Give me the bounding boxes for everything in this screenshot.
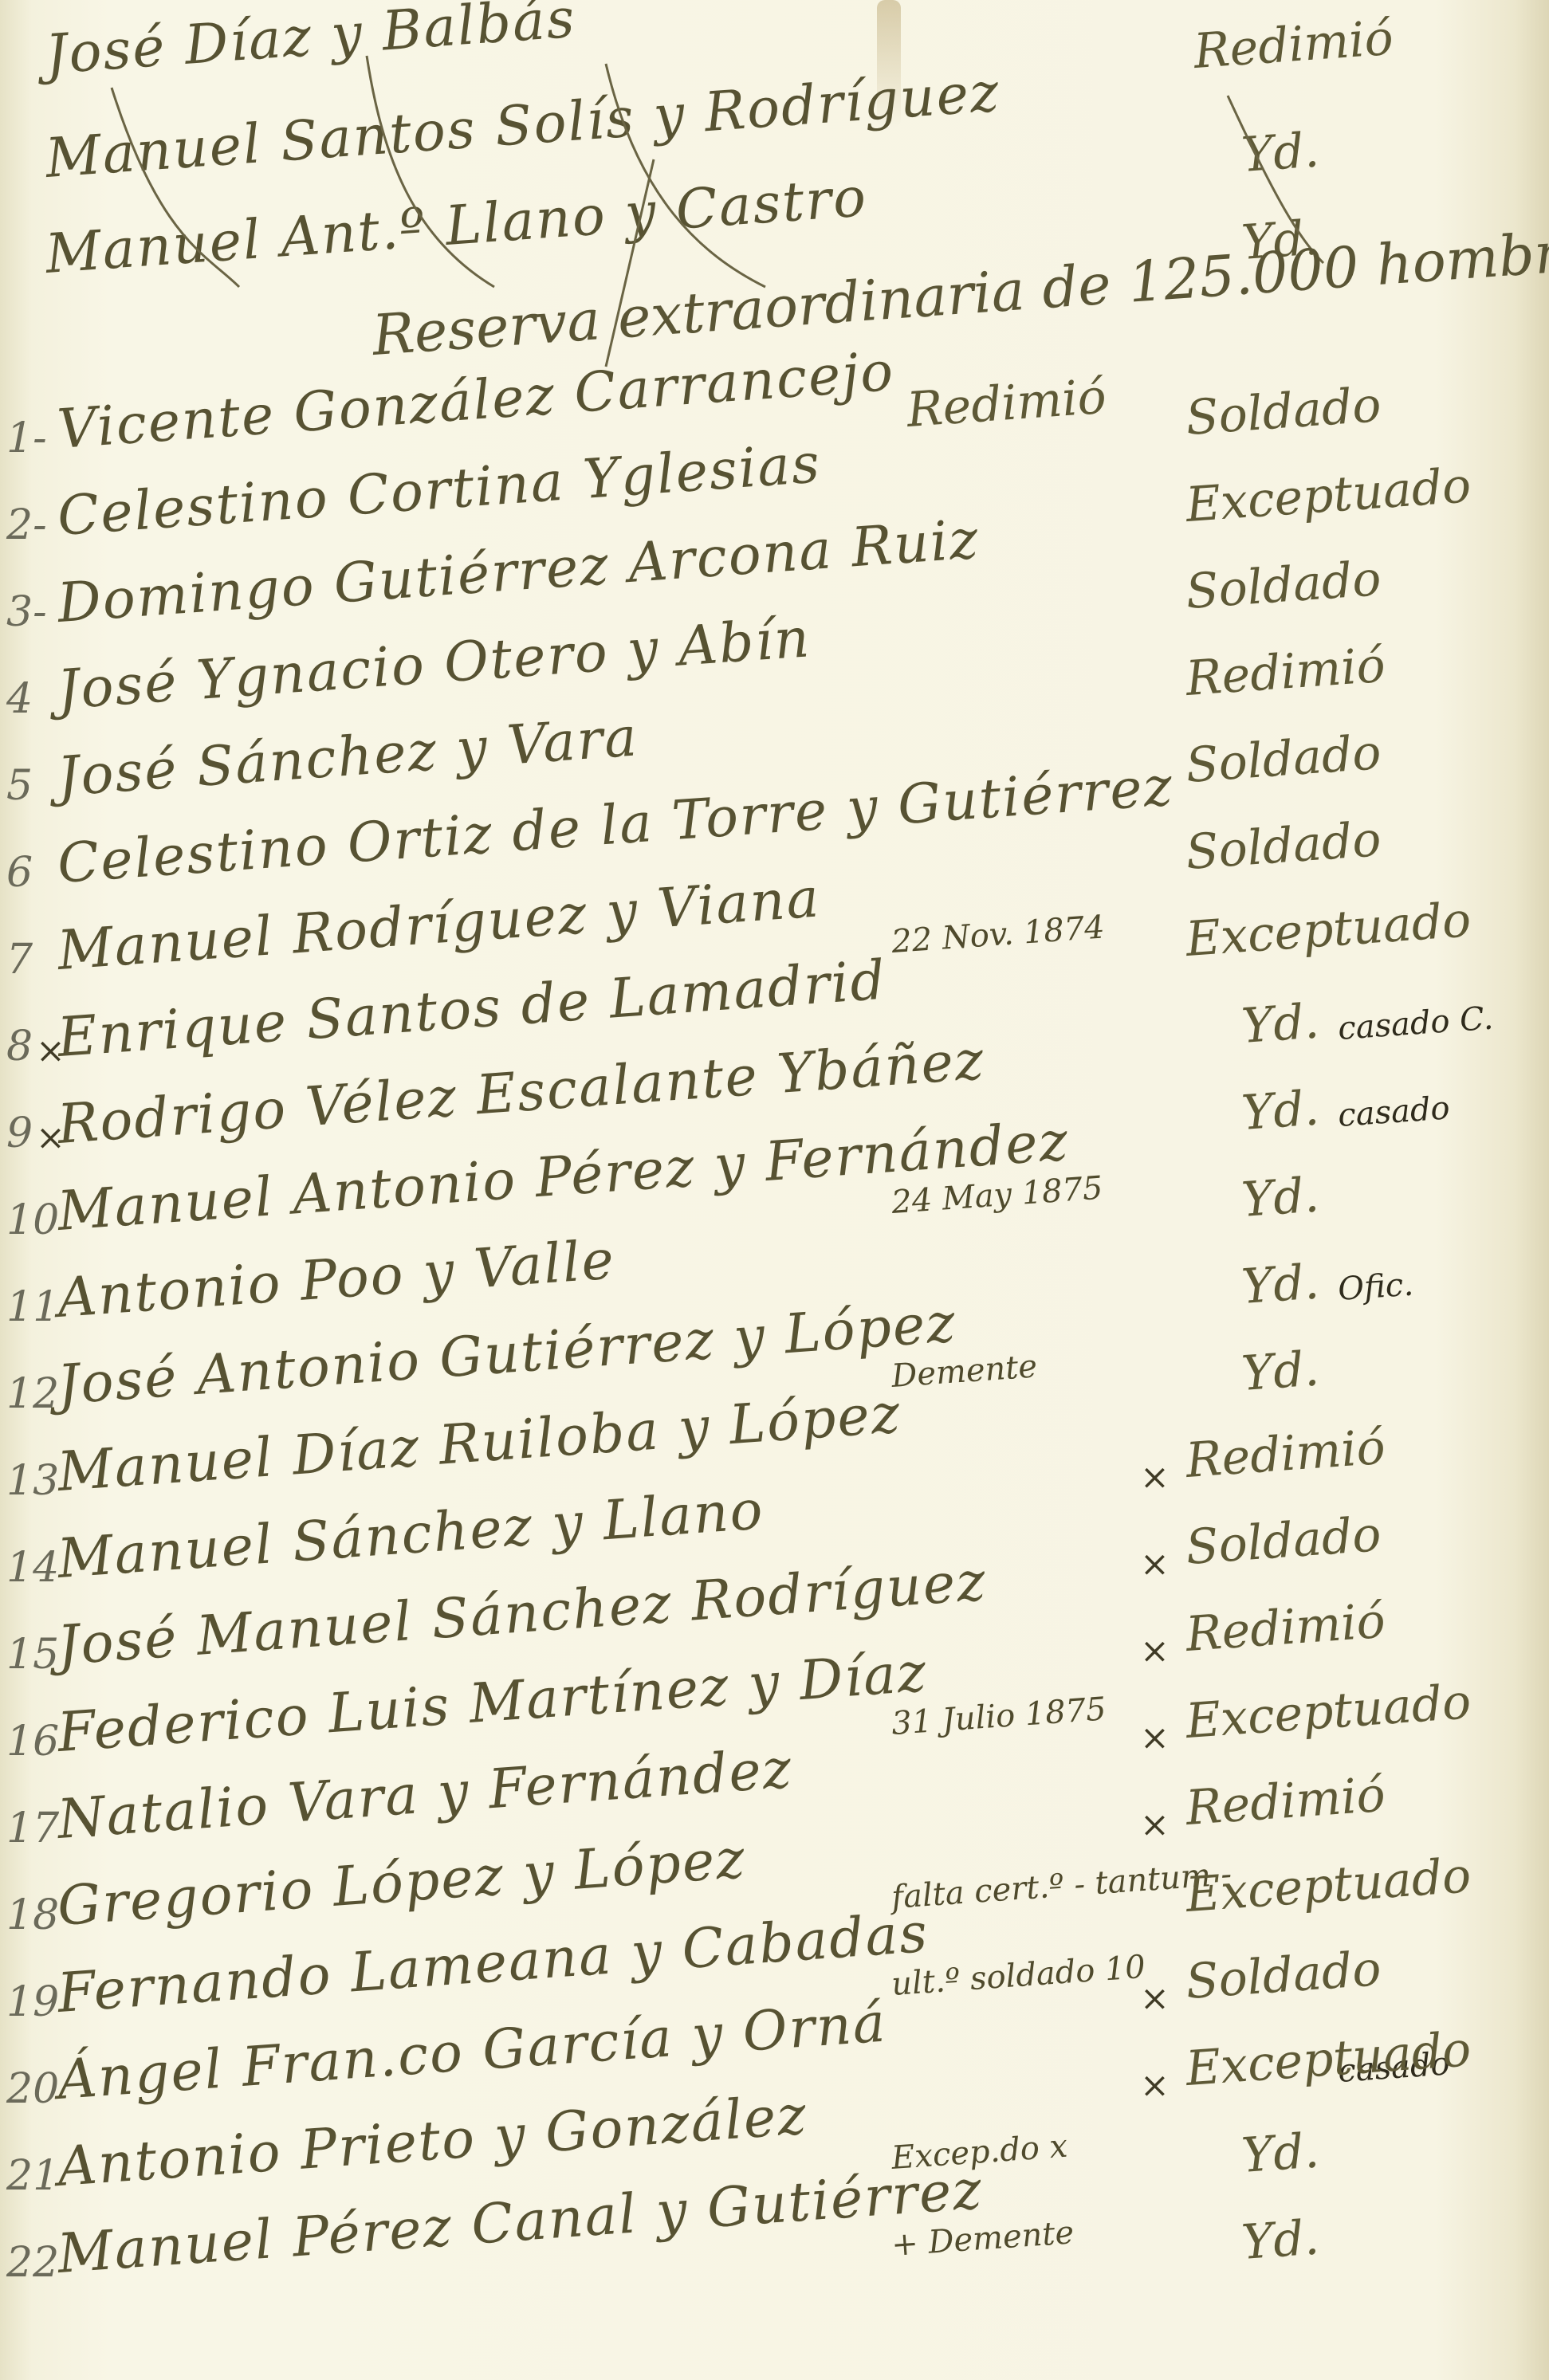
x-mark-icon: ×	[1140, 1978, 1170, 2019]
entry-number: 19	[6, 1978, 59, 2026]
entry-status: Yd.	[1240, 2123, 1321, 2184]
entry-status: Soldado	[1184, 1506, 1382, 1576]
entry-status: Soldado	[1184, 811, 1382, 881]
entry-status: Redimió	[1184, 1420, 1387, 1489]
entry-status: Exceptuado	[1184, 1674, 1472, 1750]
entry-number: 3-	[6, 588, 47, 636]
entry-status: Redimió	[1184, 638, 1387, 707]
entry-status: Redimió	[1184, 1767, 1387, 1836]
entry-annotation: casado C.	[1337, 1000, 1495, 1047]
entry-number: 6	[6, 849, 33, 897]
entry-status: Soldado	[1184, 551, 1382, 620]
entry-number: 7	[6, 936, 33, 984]
entry-number: 9	[6, 1109, 33, 1157]
entry-number: 11	[6, 1283, 59, 1331]
entry-status: Soldado	[1184, 377, 1382, 446]
entry-status: Yd.	[1240, 993, 1321, 1055]
document-page: José Díaz y Balbás Redimió Manuel Santos…	[0, 0, 1549, 2380]
x-mark-icon: ×	[1140, 1457, 1170, 1498]
entry-number: 22	[6, 2239, 59, 2287]
entry-status: Redimió	[1184, 1593, 1387, 1663]
entry-status: Exceptuado	[1184, 2021, 1472, 2097]
entry-number: 12	[6, 1370, 59, 1418]
entry-number: 4	[6, 675, 33, 723]
entry-number: 14	[6, 1544, 59, 1592]
entry-status: Exceptuado	[1184, 892, 1472, 968]
entry-number: 10	[6, 1196, 59, 1244]
entry-status: Yd.	[1240, 1341, 1321, 1402]
entry-annotation: Ofic.	[1337, 1267, 1415, 1308]
entry-status: Soldado	[1184, 725, 1382, 794]
entry-number: 21	[6, 2152, 59, 2200]
entry-number: 15	[6, 1631, 59, 1679]
entry-status: Yd.	[1240, 2209, 1321, 2271]
entry-status: Exceptuado	[1184, 458, 1472, 533]
x-mark-icon: ×	[1140, 1544, 1170, 1585]
entry-number: 18	[6, 1891, 59, 1939]
entry-name: José Sánchez y Vara	[55, 705, 640, 809]
entry-number: 16	[6, 1718, 59, 1765]
x-mark-icon: ×	[1140, 2065, 1170, 2106]
entry-mid-note: Redimió	[905, 369, 1108, 438]
entry-annotation: 22 Nov. 1874	[890, 909, 1106, 960]
entry-status: Yd.	[1240, 1080, 1321, 1141]
x-mark-icon: ×	[1140, 1805, 1170, 1845]
x-mark-icon: ×	[1140, 1631, 1170, 1671]
entry-status: Soldado	[1184, 1941, 1382, 2010]
entry-annotation: casado	[1337, 1090, 1451, 1134]
entry-number: 5	[6, 762, 33, 810]
entry-status: Yd.	[1240, 1167, 1321, 1228]
entry-number: 1-	[6, 414, 47, 462]
entry-status: Yd.	[1240, 1254, 1321, 1315]
entry-number: 17	[6, 1805, 59, 1852]
entry-number: 13	[6, 1457, 59, 1505]
entry-number: 8	[6, 1023, 33, 1070]
entry-number: 20	[6, 2065, 59, 2113]
entry-annotation: falta cert.º - tantum -	[890, 1856, 1233, 1916]
x-mark-icon: ×	[1140, 1718, 1170, 1758]
entry-number: 2-	[6, 501, 47, 549]
entry-name: Antonio Poo y Valle	[55, 1228, 617, 1330]
